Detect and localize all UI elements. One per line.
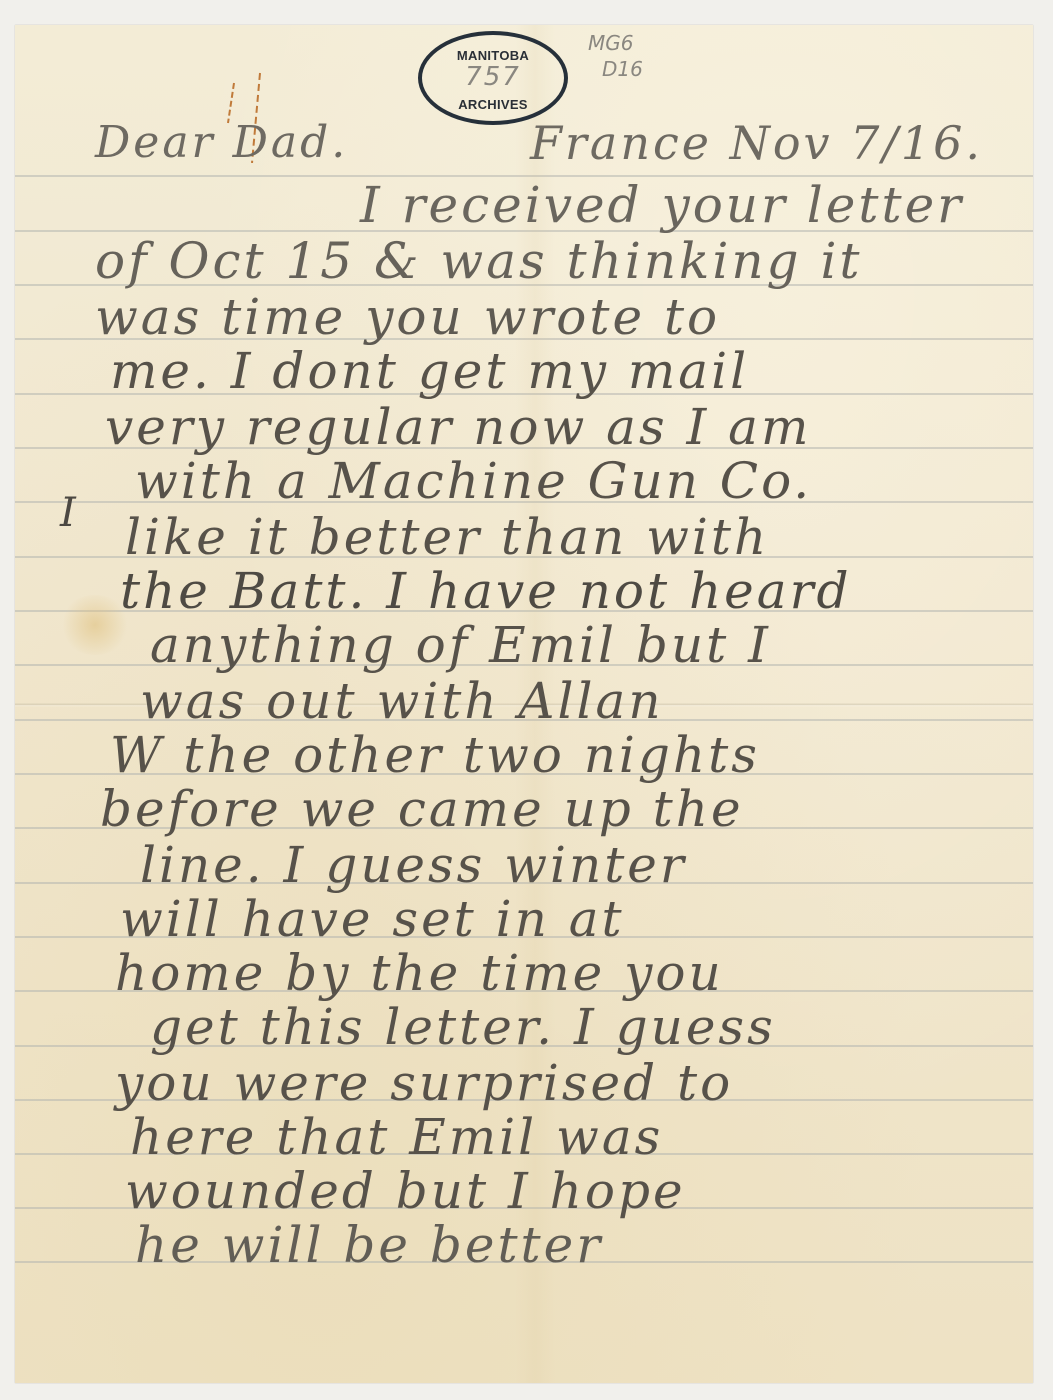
archives-stamp: MANITOBA 757 ARCHIVES (418, 31, 568, 125)
catalog-reference: MG6 D16 (588, 30, 643, 82)
stamp-number: 757 (422, 62, 564, 92)
letter-line: line. I guess winter (140, 840, 687, 890)
stamp-top-text: MANITOBA (422, 48, 564, 63)
letter-line: home by the time you (115, 948, 724, 998)
stamp-bottom-text: ARCHIVES (422, 97, 564, 112)
letter-line: was time you wrote to (95, 292, 720, 342)
margin-mark: I (60, 490, 76, 536)
letter-line: me. I dont get my mail (110, 346, 749, 396)
dateline: France Nov 7/16. (530, 118, 983, 168)
letter-line: like it better than with (125, 512, 769, 562)
letter-line: get this letter. I guess (150, 1002, 776, 1052)
salutation: Dear Dad. (95, 118, 348, 168)
letter-line: you were surprised to (115, 1058, 733, 1108)
catalog-line-2: D16 (588, 56, 643, 82)
letter-line: will have set in at (120, 894, 625, 944)
letter-line: W the other two nights (110, 730, 760, 780)
letter-line: wounded but I hope (125, 1166, 686, 1216)
letter-line: anything of Emil but I (150, 620, 771, 670)
letter-line: he will be better (135, 1220, 603, 1270)
letter-line: I received your letter (360, 180, 964, 230)
letter-line: was out with Allan (140, 676, 664, 726)
letter-line: of Oct 15 & was thinking it (95, 236, 863, 286)
letter-line: the Batt. I have not heard (120, 566, 852, 616)
letter-line: here that Emil was (130, 1112, 663, 1162)
letter-line: very regular now as I am (105, 402, 811, 452)
letter-line: before we came up the (100, 784, 744, 834)
catalog-line-1: MG6 (588, 30, 643, 56)
letter-line: with a Machine Gun Co. (135, 456, 812, 506)
